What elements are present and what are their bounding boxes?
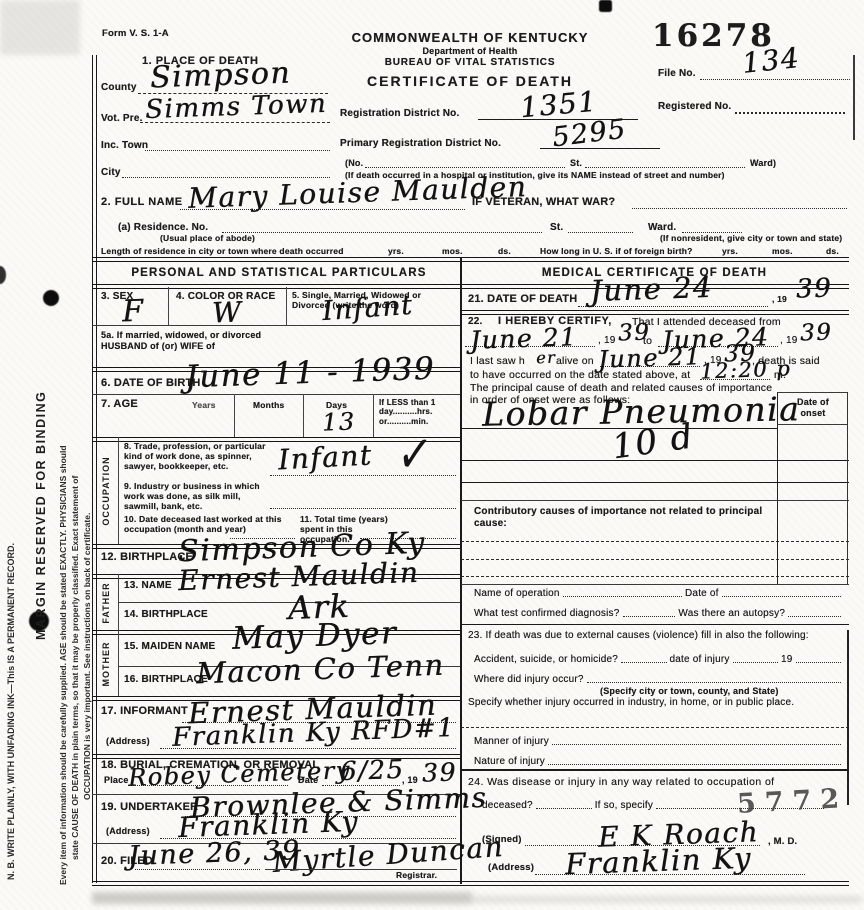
test-fill: [623, 616, 676, 617]
test-label: What test confirmed diagnosis?: [474, 608, 620, 619]
where-fill: [587, 682, 841, 683]
edge-smudge-left: [0, 266, 6, 284]
length-mos: mos.: [442, 246, 463, 256]
corner-smudge-top: [599, 0, 612, 12]
injury-date-label: date of injury: [670, 654, 730, 665]
form-right-border-upper: [847, 392, 848, 584]
m-label: m.: [774, 369, 786, 381]
length-residence-label: Length of residence in city or town wher…: [101, 246, 344, 256]
accident-row: Accident, suicide, or homicide? date of …: [474, 654, 844, 665]
father-name-label: 13. NAME: [124, 580, 172, 592]
row5-bottom: [92, 325, 460, 326]
abode-note: (Usual place of abode): [160, 233, 255, 243]
injury-blank-line: [461, 727, 849, 728]
file-no-line: [700, 79, 850, 80]
personal-section-title: PERSONAL AND STATISTICAL PARTICULARS: [100, 267, 458, 281]
manner-row: Manner of injury: [474, 736, 844, 747]
injury-date-fill: [733, 662, 778, 663]
howlong-ds: ds.: [826, 246, 839, 256]
injury-year: 19: [781, 654, 793, 665]
manner-label: Manner of injury: [474, 736, 549, 747]
deceased-fill: [536, 808, 592, 809]
autopsy-fill: [788, 616, 841, 617]
reg-district-label: Registration District No.: [340, 108, 459, 120]
accident-label: Accident, suicide, or homicide?: [474, 654, 618, 665]
scan-shadow-bottom-left: [92, 892, 472, 904]
age-months-label: Months: [253, 400, 284, 410]
no-line: [365, 167, 565, 168]
contributory-label: Contributory causes of importance not re…: [474, 506, 764, 530]
date-of-label: Date of: [685, 588, 719, 599]
certify-to-year-printed: , 19: [780, 335, 797, 347]
undertaker-addr-label: (Address): [106, 826, 150, 837]
address-value: Franklin Ky: [564, 841, 752, 881]
age-days-value: 13: [322, 407, 357, 436]
length-yrs: yrs.: [388, 246, 404, 256]
dob-value: June 11 - 1939: [184, 351, 435, 396]
residence-st-label: St.: [550, 222, 563, 234]
mother-bp-value: Macon Co Tenn: [195, 648, 445, 691]
registered-no-line: [735, 112, 845, 114]
operation-row: Name of operation Date of: [474, 588, 844, 599]
certify-from-value: June 21: [470, 322, 578, 355]
father-bp-label: 14. BIRTHPLACE: [124, 609, 208, 621]
address-label: (Address): [488, 862, 534, 873]
burial-date-label: Date: [298, 775, 318, 786]
md-label: , M. D.: [768, 836, 797, 847]
file-no-value: 134: [740, 41, 801, 80]
inc-town-line: [145, 150, 330, 151]
howlong-yrs: yrs.: [722, 246, 738, 256]
age-div2: [303, 394, 304, 437]
contributory-line-1: [461, 541, 849, 542]
hole-punch-top: [43, 290, 59, 306]
occupation-cell-divider: [118, 437, 119, 545]
marital-value: Infant: [321, 290, 414, 327]
st-line: [585, 167, 745, 168]
primary-district-label: Primary Registration District No.: [340, 138, 501, 150]
nature-bottom-rule: [461, 769, 849, 771]
how-long-us-label: How long in U. S. if of foreign birth?: [540, 246, 693, 256]
mother-cell-divider: [118, 630, 119, 697]
age-div1: [234, 394, 235, 437]
test-row: What test confirmed diagnosis? Was there…: [474, 608, 844, 619]
file-no-label: File No.: [658, 68, 696, 80]
nature-label: Nature of injury: [474, 756, 545, 767]
dod-year-printed: , 19: [772, 294, 787, 304]
inc-town-label: Inc. Town: [101, 140, 148, 152]
burial-date-value: 6/25: [339, 755, 404, 787]
cause-line-3: [461, 482, 849, 483]
no-st-ward-ward: Ward): [750, 158, 776, 169]
residence-line: [222, 232, 542, 233]
occupation-question: 24. Was disease or injury in any way rel…: [468, 776, 775, 788]
if-so-label: If so, specify: [595, 800, 653, 811]
length-ds: ds.: [498, 246, 511, 256]
registrar-label: Registrar.: [396, 870, 437, 880]
no-st-ward-st: St.: [570, 158, 582, 169]
husband-of-label: 5a. If married, widowed, or divorced HUS…: [101, 330, 281, 351]
howlong-mos: mos.: [772, 246, 793, 256]
death-certificate-document: N. B. WRITE PLAINLY, WITH UNFADING INK—T…: [0, 0, 864, 910]
trade-label: 8. Trade, profession, or particular kind…: [124, 441, 269, 471]
informant-label: 17. INFORMANT: [101, 705, 188, 718]
mother-name-label: 15. MAIDEN NAME: [124, 641, 215, 653]
where-label: Where did injury occur?: [474, 674, 584, 685]
scan-line-top-right: [853, 55, 855, 140]
veteran-line: [632, 208, 847, 209]
age-label: 7. AGE: [101, 398, 138, 411]
full-name-label: 2. FULL NAME: [101, 196, 183, 209]
autopsy-label: Was there an autopsy?: [678, 608, 785, 619]
margin-note-line4: OCCUPATION is very important. See instru…: [82, 513, 92, 800]
department-subtitle: Department of Health: [320, 46, 620, 57]
margin-binding-note: MARGIN RESERVED FOR BINDING: [34, 391, 48, 640]
trade-checkmark: ✓: [395, 422, 435, 487]
dod-label: 21. DATE OF DEATH: [468, 293, 577, 306]
no-st-ward-no: (No.: [345, 158, 363, 169]
city-label: City: [101, 167, 121, 179]
occurred-line: to have occurred on the date stated abov…: [470, 369, 690, 381]
contributory-line-3: [461, 576, 849, 577]
age-div3: [373, 394, 374, 437]
contributory-line-2: [461, 559, 849, 560]
contributory-bottom: [461, 584, 849, 585]
dod-year-value: 39: [795, 273, 832, 304]
race-marital-divider: [286, 287, 287, 325]
injury-year-fill: [796, 662, 841, 663]
last-saw-hand: er: [536, 348, 557, 368]
scan-shadow-bottom-right: [472, 896, 862, 903]
county-value: Simpson: [149, 56, 291, 96]
nature-fill: [548, 764, 841, 765]
nature-row: Nature of injury: [474, 756, 844, 767]
form-right-border-lower: [847, 630, 849, 805]
father-side-label: FATHER: [101, 582, 111, 623]
father-cell-divider: [118, 574, 119, 632]
where-row: Where did injury occur?: [474, 674, 844, 685]
form-bottom-rule: [92, 881, 849, 886]
accident-fill: [621, 662, 666, 663]
mother-side-label: MOTHER: [101, 642, 111, 687]
industry-label: 9. Industry or business in which work wa…: [124, 481, 269, 511]
header-bottom-rule: [92, 257, 849, 262]
burial-place-label: Place: [104, 775, 129, 786]
certify-to-year-value: 39: [800, 319, 833, 346]
corner-blotch-top-left: [0, 0, 80, 55]
registered-no-label: Registered No.: [658, 101, 731, 113]
margin-note-line3: state CAUSE OF DEATH in plain terms, so …: [70, 476, 80, 860]
bureau-subtitle: BUREAU OF VITAL STATISTICS: [320, 57, 620, 69]
margin-note-line2: Every item of information should be care…: [58, 445, 68, 885]
residence-st-line: [568, 232, 633, 233]
commonwealth-title: COMMONWEALTH OF KENTUCKY: [320, 30, 620, 45]
precinct-label: Vot. Pre.: [101, 113, 143, 125]
occupation-side-label: OCCUPATION: [101, 456, 111, 525]
section-title-rule: [92, 284, 849, 289]
row6-bottom: [92, 394, 460, 395]
margin-note-line1: N. B. WRITE PLAINLY, WITH UNFADING INK—T…: [6, 543, 16, 880]
form-code: Form V. S. 1-A: [102, 28, 169, 39]
signed-label: (Signed): [482, 834, 522, 845]
specify-whether-label: Specify whether injury occurred in indus…: [468, 697, 828, 709]
external-label: 23. If death was due to external causes …: [468, 630, 838, 642]
age-less-label: If LESS than 1 day..........hrs. or.....…: [379, 398, 457, 426]
nonresident-note: (If nonresident, give city or town and s…: [660, 233, 842, 243]
autopsy-bottom-rule: [461, 624, 849, 625]
precinct-value: Simms Town: [145, 89, 328, 125]
county-label: County: [101, 82, 137, 94]
informant-addr-label: (Address): [106, 736, 150, 747]
cause-line-4: [461, 500, 849, 501]
manner-fill: [552, 744, 841, 745]
dod-value: June 24: [589, 270, 713, 308]
deceased-label: deceased?: [482, 800, 533, 811]
operation-label: Name of operation: [474, 588, 560, 599]
industry-line: [270, 508, 456, 509]
age-years-label: Years: [192, 400, 216, 410]
sex-value: F: [121, 294, 145, 330]
trade-value: Infant: [277, 439, 373, 477]
last-saw-pre: I last saw h: [470, 355, 525, 367]
date-of-fill: [722, 596, 841, 597]
operation-fill: [563, 596, 682, 597]
specify-city-note: (Specify city or town, county, and State…: [600, 686, 779, 697]
sex-race-divider: [168, 287, 169, 325]
last-saw-mid: alive on: [556, 355, 594, 367]
veteran-label: IF VETERAN, WHAT WAR?: [472, 196, 615, 209]
